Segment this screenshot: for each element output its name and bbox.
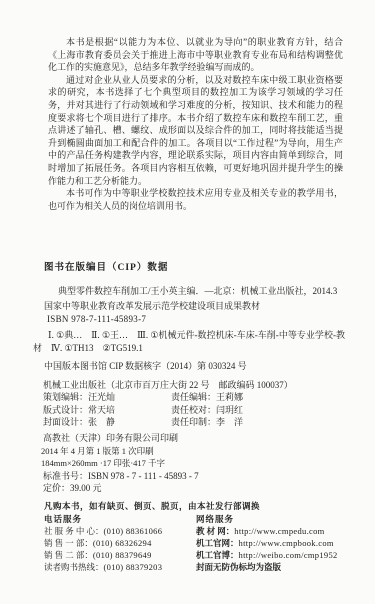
print-supervisor: 责任印制：李 洋 <box>171 416 243 428</box>
staff-row: 策划编辑：汪光灿 责任编辑：王莉娜 <box>43 391 345 403</box>
network-url: http://weibo.com/cmp1952 <box>239 550 338 560</box>
printer-line: 高教社（天津）印务有限公司印刷 <box>43 432 345 444</box>
proofreader: 责任校对：闫玥红 <box>171 404 243 416</box>
edition-line: 2014 年 4 月第 1 版第 1 次印刷 <box>41 445 345 457</box>
network-label: 机工官博： <box>196 550 239 560</box>
staff-row: 版式设计：常天培 责任校对：闫玥红 <box>43 404 345 416</box>
responsible-editor: 责任编辑：王莉娜 <box>171 391 243 403</box>
exchange-notice: 凡购本书，如有缺页、倒页、脱页，由本社发行部调换 <box>44 500 345 512</box>
phone-number: (010) 68326294 <box>93 538 152 548</box>
phone-label: 销 售 二 部： <box>44 550 93 560</box>
phone-label: 读者购书热线： <box>44 562 104 572</box>
network-item: 机工官博：http://weibo.com/cmp1952 <box>196 549 345 561</box>
phone-item: 社 服 务 中 心：(010) 88361066 <box>44 525 196 537</box>
service-block: 凡购本书，如有缺页、倒页、脱页，由本社发行部调换 电话服务 社 服 务 中 心：… <box>33 500 345 573</box>
book-abstract: 本书是根据“以能力为本位、以就业为导向”的职业教育方针，结合《上海市教育委员会关… <box>48 36 343 212</box>
phone-item: 读者购书热线：(010) 88379203 <box>44 561 196 573</box>
network-label: 机工官网： <box>196 538 239 548</box>
standard-book-number: 标准书号：ISBN 978 - 7 - 111 - 45893 - 7 <box>43 470 345 482</box>
publisher-address: 机械工业出版社（北京市百万庄大街 22 号 邮政编码 100037） <box>43 379 345 391</box>
cip-record-number: 中国版本图书馆 CIP 数据核字（2014）第 030324 号 <box>44 360 345 373</box>
network-url: http://www.cmpbook.com <box>239 538 334 548</box>
phone-number: (010) 88379649 <box>93 550 152 560</box>
phone-service-column: 电话服务 社 服 务 中 心：(010) 88361066 销 售 一 部：(0… <box>44 513 196 574</box>
cover-designer: 封面设计：张 静 <box>43 416 171 428</box>
abstract-paragraph-2: 通过对企业从业人员要求的分析，以及对数控车床中级工职业资格要求的研究，本书选择了… <box>48 74 343 187</box>
network-url: http://www.cmpedu.com <box>234 526 324 536</box>
abstract-paragraph-3: 本书可作为中等职业学校数控技术应用专业及相关专业的教学用书，也可作为相关人员的岗… <box>48 187 343 212</box>
phone-number: (010) 88379203 <box>104 562 163 572</box>
network-label: 教 材 网： <box>196 526 234 536</box>
cip-heading: 图书在版编目（CIP）数据 <box>44 262 345 275</box>
cip-entry: 典型零件数控车削加工/王小英主编．—北京：机械工业出版社，2014.3 <box>33 285 345 298</box>
cip-classification: Ⅰ. ①典… Ⅱ. ①王… Ⅲ. ①机械元件-数控机床-车床-车削-中等专业学校… <box>33 329 345 354</box>
phone-number: (010) 88361066 <box>104 526 163 536</box>
phone-label: 社 服 务 中 心： <box>44 526 104 536</box>
anti-piracy-notice: 封面无防伪标均为盗版 <box>196 561 345 573</box>
cip-isbn: ISBN 978-7-111-45893-7 <box>47 313 345 326</box>
network-item: 教 材 网：http://www.cmpedu.com <box>196 525 345 537</box>
imprint-block: 机械工业出版社（北京市百万庄大街 22 号 邮政编码 100037） 策划编辑：… <box>33 379 345 495</box>
abstract-paragraph-1: 本书是根据“以能力为本位、以就业为导向”的职业教育方针，结合《上海市教育委员会关… <box>48 36 343 74</box>
phone-label: 销 售 一 部： <box>44 538 93 548</box>
layout-designer: 版式设计：常天培 <box>43 404 171 416</box>
phone-item: 销 售 二 部：(010) 88379649 <box>44 549 196 561</box>
network-item: 机工官网：http://www.cmpbook.com <box>196 537 345 549</box>
copyright-page: 本书是根据“以能力为本位、以就业为导向”的职业教育方针，结合《上海市教育委员会关… <box>0 0 375 604</box>
cip-data-block: 图书在版编目（CIP）数据 典型零件数控车削加工/王小英主编．—北京：机械工业出… <box>33 262 345 373</box>
contact-columns: 电话服务 社 服 务 中 心：(010) 88361066 销 售 一 部：(0… <box>44 513 345 574</box>
network-service-header: 网络服务 <box>196 513 345 525</box>
staff-row: 封面设计：张 静 责任印制：李 洋 <box>43 416 345 428</box>
cip-series-title: 国家中等职业教育改革发展示范学校建设项目成果教材 <box>44 300 345 313</box>
price-line: 定价：39.00 元 <box>43 482 345 494</box>
phone-service-header: 电话服务 <box>44 513 196 525</box>
network-service-column: 网络服务 教 材 网：http://www.cmpedu.com 机工官网：ht… <box>196 513 345 574</box>
format-line: 184mm×260mm ·17 印张·417 千字 <box>41 457 345 469</box>
planning-editor: 策划编辑：汪光灿 <box>43 391 171 403</box>
phone-item: 销 售 一 部：(010) 68326294 <box>44 537 196 549</box>
